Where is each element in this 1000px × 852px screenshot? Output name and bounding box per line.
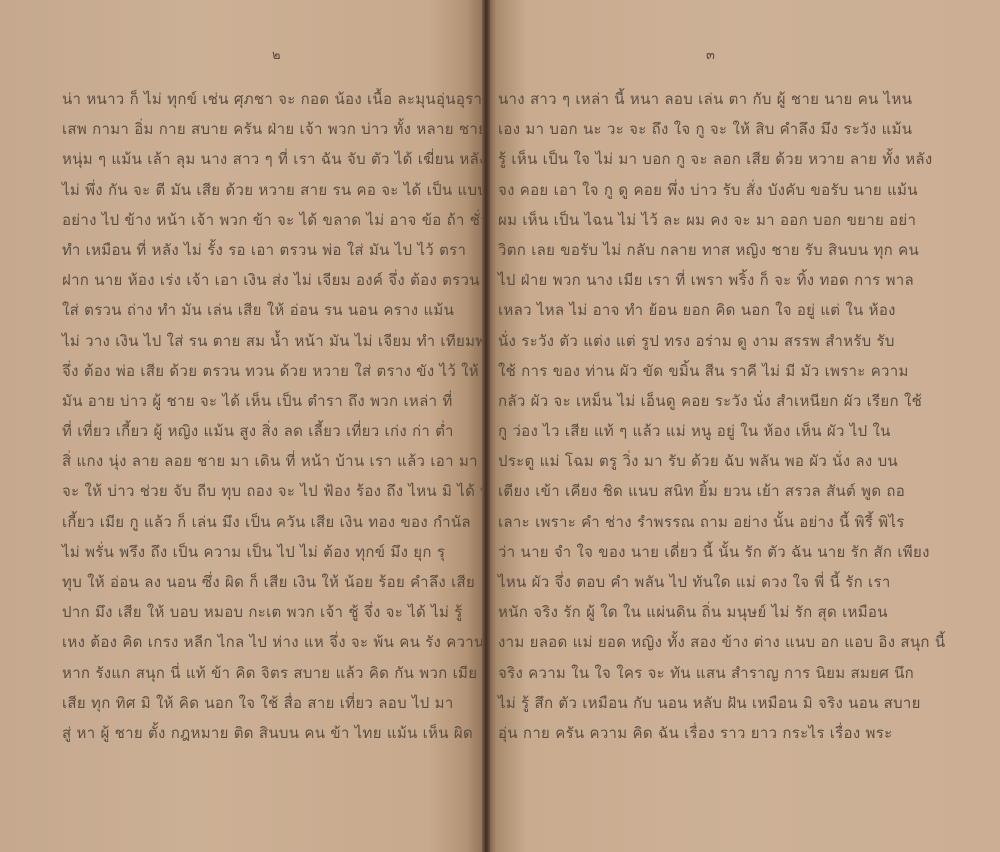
page-text: นาง สาว ๆ เหล่า นี้ หนา ลอบ เล่น ตา กับ … (498, 84, 958, 748)
text-line: ผม เห็น เป็น ไฉน ไม่ ไว้ ละ ผม คง จะ มา … (498, 205, 958, 235)
left-page: ๒ น่า หนาว ก็ ไม่ ทุกข์ เช่น ศุภชา จะ กอ… (0, 0, 486, 852)
page-text: น่า หนาว ก็ ไม่ ทุกข์ เช่น ศุภชา จะ กอด … (62, 84, 486, 748)
text-line: มัน อาย บ่าว ผู้ ชาย จะ ได้ เห็น เป็น ตำ… (62, 386, 486, 416)
page-number: ๓ (706, 44, 715, 65)
text-line: เสีย ทุก ทิศ มิ ให้ คิด นอก ใจ ใช้ สื่อ … (62, 688, 486, 718)
text-line: กู ว่อง ไว เสีย แท้ ๆ แล้ว แม่ หนู อยู่ … (498, 416, 958, 446)
text-line: ไม่ วาง เงิน ไป ใส่ รน ตาย สม น้ำ หน้า ม… (62, 326, 486, 356)
text-line: จึ่ง ต้อง พ่อ เสีย ด้วย ตรวน ทวน ด้วย หว… (62, 356, 486, 386)
text-line: รู้ เห็น เป็น ใจ ไม่ มา บอก กู จะ ลอก เส… (498, 144, 958, 174)
text-line: งาม ยลอด แม่ ยอด หญิง ทั้ง สอง ข้าง ต่าง… (498, 627, 958, 657)
text-line: วิตก เลย ขอรับ ไม่ กลับ กลาย ทาส หญิง ชา… (498, 235, 958, 265)
text-line: อุ่น กาย ครัน ความ คิด ฉัน เรื่อง ราว ยา… (498, 718, 958, 748)
text-line: จะ ให้ บ่าว ช่วย จับ ถีบ ทุบ ถอง จะ ไป ฟ… (62, 476, 486, 506)
text-line: เอง มา บอก นะ วะ จะ ถึง ใจ กู จะ ให้ สิบ… (498, 114, 958, 144)
text-line: สู่ หา ผู้ ชาย ตั้ง กฎหมาย ติด สินบน คน … (62, 718, 486, 748)
text-line: หนัก จริง รัก ผู้ ใด ใน แผ่นดิน ถิ่น มนุ… (498, 597, 958, 627)
book-gutter (482, 0, 490, 852)
text-line: ไป ฝ่าย พวก นาง เมีย เรา ที่ เพรา พริ้ง … (498, 265, 958, 295)
text-line: ทำ เหมือน ที่ หลัง ไม่ รั้ง รอ เอา ตรวน … (62, 235, 486, 265)
text-line: ไหน ผัว จึ่ง ตอบ คำ พลัน ไป ทันใด แม่ ดว… (498, 567, 958, 597)
text-line: เหง ต้อง คิด เกรง หลีก ไกล ไป ห่าง แห จึ… (62, 627, 486, 657)
text-line: นาง สาว ๆ เหล่า นี้ หนา ลอบ เล่น ตา กับ … (498, 84, 958, 114)
text-line: เกี้ยว เมีย กู แล้ว ก็ เล่น มึง เป็น ควั… (62, 507, 486, 537)
text-line: จง คอย เอา ใจ กู ดู คอย พึ่ง บ่าว รับ สั… (498, 175, 958, 205)
right-page: ๓ นาง สาว ๆ เหล่า นี้ หนา ลอบ เล่น ตา กั… (486, 0, 1000, 852)
text-line: นั่ง ระวัง ตัว แต่ง แต่ รูป ทรง อร่าม ดู… (498, 326, 958, 356)
text-line: ไม่ พรั่น พรึง ถึง เป็น ความ เป็น ไป ไม่… (62, 537, 486, 567)
open-book-spread: ๒ น่า หนาว ก็ ไม่ ทุกข์ เช่น ศุภชา จะ กอ… (0, 0, 1000, 852)
text-line: เหลว ไหล ไม่ อาจ ทำ ย้อน ยอก คิด นอก ใจ … (498, 295, 958, 325)
text-line: ทุบ ให้ อ่อน ลง นอน ซึ่ง ผิด ก็ เสีย เงิ… (62, 567, 486, 597)
page-number: ๒ (272, 44, 281, 65)
text-line: จริง ความ ใน ใจ ใคร จะ ทัน แสน สำราญ การ… (498, 658, 958, 688)
text-line: เตียง เข้า เคียง ชิด แนบ สนิท ยิ้ม ยวน เ… (498, 476, 958, 506)
text-line: สิ่ แกง นุ่ง ลาย ลอย ชาย มา เดิน ที่ หน้… (62, 446, 486, 476)
text-line: หนุ่ม ๆ แม้น เล้า ลุม นาง สาว ๆ ที่ เรา … (62, 144, 486, 174)
text-line: กลัว ผัว จะ เหม็น ไม่ เอ็นดู คอย ระวัง น… (498, 386, 958, 416)
text-line: หาก รังแก สนุก นี่ แท้ ข้า คิด จิตร สบาย… (62, 658, 486, 688)
text-line: เลาะ เพราะ คำ ช่าง รำพรรณ ถาม อย่าง นั้น… (498, 507, 958, 537)
text-line: ปาก มึง เสีย ให้ บอบ หมอบ กะเต พวก เจ้า … (62, 597, 486, 627)
text-line: เสพ กามา อิ่ม กาย สบาย ครัน ฝ่าย เจ้า พว… (62, 114, 486, 144)
text-line: อย่าง ไป ข้าง หน้า เจ้า พวก ข้า จะ ได้ ข… (62, 205, 486, 235)
text-line: ไม่ พึ่ง กัน จะ ตี มัน เสีย ด้วย หวาย สา… (62, 175, 486, 205)
text-line: ฝาก นาย ห้อง เร่ง เจ้า เอา เงิน ส่ง ไม่ … (62, 265, 486, 295)
text-line: น่า หนาว ก็ ไม่ ทุกข์ เช่น ศุภชา จะ กอด … (62, 84, 486, 114)
text-line: ใส่ ตรวน ถ่าง ทำ มัน เล่น เสีย ให้ อ่อน … (62, 295, 486, 325)
text-line: ประตู แม่ โฉม ตรู วิ่ง มา รับ ด้วย ฉับ พ… (498, 446, 958, 476)
text-line: ใช้ การ ของ ท่าน ผัว ขัด ขมิ้น สีน ราคี … (498, 356, 958, 386)
text-line: ว่า นาย จำ ใจ ของ นาย เดี่ยว นี้ นั้น รั… (498, 537, 958, 567)
text-line: ไม่ รู้ สึก ตัว เหมือน กับ นอน หลับ ฝัน … (498, 688, 958, 718)
text-line: ที่ เที่ยว เกี้ยว ผู้ หญิง แม้น สูง สิ่ง… (62, 416, 486, 446)
